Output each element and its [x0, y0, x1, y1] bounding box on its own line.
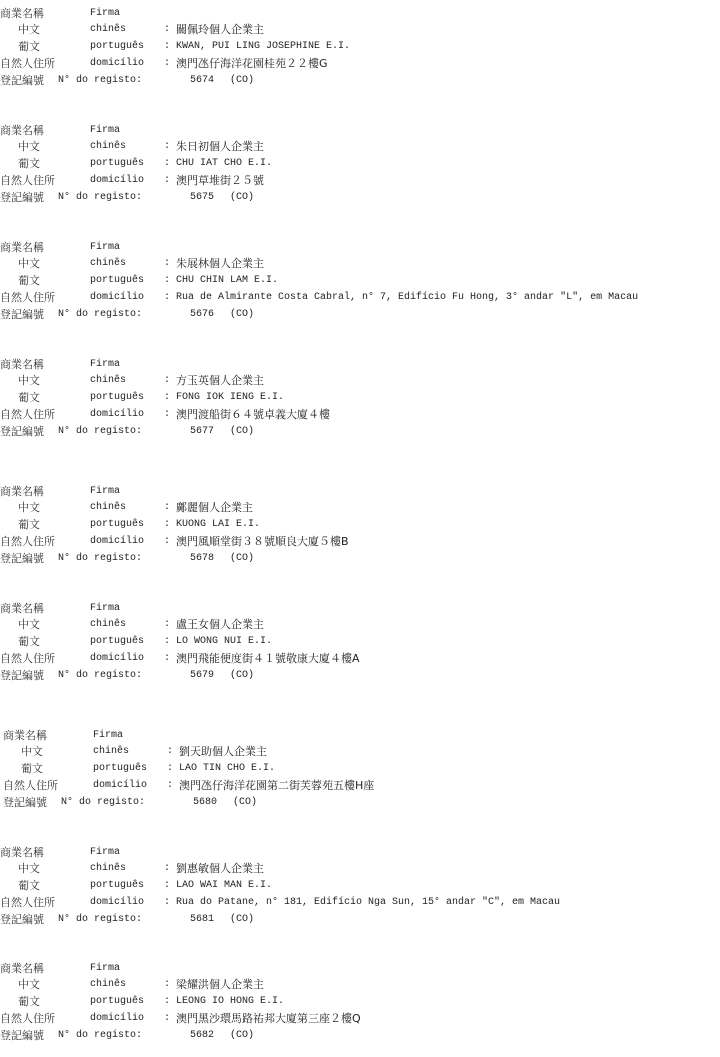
chinese-label-pt: chinês [90, 500, 126, 516]
registry-label-zh: 登記編號 [0, 668, 44, 684]
domicile-value: 澳門飛能便度街４１號敬康大廈４樓A [176, 651, 360, 667]
colon: : [164, 878, 170, 894]
chinese-label-zh: 中文 [18, 861, 40, 877]
registry-suffix: (CO) [233, 795, 257, 811]
portuguese-name-value: LO WONG NUI E.I. [176, 634, 272, 650]
firm-label-zh: 商業名稱 [0, 961, 44, 977]
firm-label-zh: 商業名稱 [0, 6, 44, 22]
firm-label-zh: 商業名稱 [0, 240, 44, 256]
registry-number: 5678 [190, 551, 214, 567]
colon: : [164, 651, 170, 667]
registry-number: 5675 [190, 190, 214, 206]
registry-label-zh: 登記編號 [0, 307, 44, 323]
firm-label-zh: 商業名稱 [0, 357, 44, 373]
domicile-value: 澳門草堆街２５號 [176, 173, 264, 189]
portuguese-name-value: LAO TIN CHO E.I. [179, 761, 275, 777]
chinese-name-value: 朱日初個人企業主 [176, 139, 264, 155]
registry-suffix: (CO) [230, 668, 254, 684]
portuguese-name-value: CHU CHIN LAM E.I. [176, 273, 278, 289]
chinese-label-pt: chinês [90, 861, 126, 877]
colon: : [164, 139, 170, 155]
registry-label-pt: N° do registo: [58, 1028, 142, 1044]
portuguese-label-pt: português [90, 994, 144, 1010]
chinese-label-zh: 中文 [18, 22, 40, 38]
portuguese-label-pt: português [90, 390, 144, 406]
portuguese-label-pt: português [90, 517, 144, 533]
portuguese-name-value: FONG IOK IENG E.I. [176, 390, 284, 406]
portuguese-name-value: LAO WAI MAN E.I. [176, 878, 272, 894]
firm-label-pt: Firma [90, 961, 120, 977]
domicile-label-pt: domicílio [90, 895, 144, 911]
chinese-label-zh: 中文 [18, 256, 40, 272]
domicile-label-pt: domicílio [90, 651, 144, 667]
chinese-label-zh: 中文 [18, 373, 40, 389]
domicile-label-zh: 自然人住所 [0, 290, 55, 306]
portuguese-label-zh: 葡文 [21, 761, 43, 777]
domicile-label-pt: domicílio [90, 173, 144, 189]
firm-label-pt: Firma [90, 240, 120, 256]
portuguese-label-zh: 葡文 [18, 878, 40, 894]
registry-label-pt: N° do registo: [58, 73, 142, 89]
firm-label-zh: 商業名稱 [3, 728, 47, 744]
registry-number: 5674 [190, 73, 214, 89]
registry-suffix: (CO) [230, 551, 254, 567]
colon: : [164, 173, 170, 189]
domicile-label-zh: 自然人住所 [0, 534, 55, 550]
portuguese-label-pt: português [90, 39, 144, 55]
firm-label-zh: 商業名稱 [0, 484, 44, 500]
colon: : [164, 39, 170, 55]
colon: : [164, 273, 170, 289]
domicile-value: 澳門氹仔海洋花園第二街芙蓉苑五樓H座 [179, 778, 374, 794]
registry-label-pt: N° do registo: [58, 668, 142, 684]
colon: : [164, 534, 170, 550]
firm-label-pt: Firma [90, 123, 120, 139]
chinese-label-pt: chinês [93, 744, 129, 760]
registry-label-zh: 登記編號 [0, 912, 44, 928]
registry-number: 5680 [193, 795, 217, 811]
chinese-name-value: 方玉英個人企業主 [176, 373, 264, 389]
domicile-label-pt: domicílio [93, 778, 147, 794]
registry-label-pt: N° do registo: [61, 795, 145, 811]
colon: : [164, 156, 170, 172]
colon: : [164, 617, 170, 633]
domicile-value: 澳門風順堂街３８號順良大廈５樓B [176, 534, 349, 550]
registry-label-zh: 登記編號 [0, 551, 44, 567]
chinese-name-value: 劉天助個人企業主 [179, 744, 267, 760]
portuguese-label-pt: português [90, 634, 144, 650]
domicile-label-zh: 自然人住所 [0, 407, 55, 423]
registry-suffix: (CO) [230, 307, 254, 323]
domicile-label-pt: domicílio [90, 407, 144, 423]
colon: : [164, 861, 170, 877]
colon: : [164, 977, 170, 993]
chinese-name-value: 朱展林個人企業主 [176, 256, 264, 272]
registry-label-pt: N° do registo: [58, 190, 142, 206]
registry-number: 5676 [190, 307, 214, 323]
firm-label-zh: 商業名稱 [0, 123, 44, 139]
colon: : [164, 895, 170, 911]
registry-label-zh: 登記編號 [0, 190, 44, 206]
domicile-label-zh: 自然人住所 [0, 173, 55, 189]
domicile-label-pt: domicílio [90, 290, 144, 306]
firm-label-pt: Firma [90, 357, 120, 373]
domicile-value: Rua de Almirante Costa Cabral, n° 7, Edi… [176, 290, 638, 306]
registry-number: 5677 [190, 424, 214, 440]
portuguese-name-value: KWAN, PUI LING JOSEPHINE E.I. [176, 39, 350, 55]
portuguese-label-pt: português [90, 273, 144, 289]
registry-suffix: (CO) [230, 424, 254, 440]
chinese-label-pt: chinês [90, 139, 126, 155]
domicile-value: Rua do Patane, n° 181, Edifício Nga Sun,… [176, 895, 560, 911]
registry-label-zh: 登記編號 [0, 73, 44, 89]
colon: : [164, 517, 170, 533]
colon: : [164, 994, 170, 1010]
registry-label-pt: N° do registo: [58, 424, 142, 440]
chinese-label-zh: 中文 [18, 139, 40, 155]
colon: : [164, 256, 170, 272]
domicile-value: 澳門黑沙環馬路祐邦大廈第三座２樓Q [176, 1011, 361, 1027]
registry-label-pt: N° do registo: [58, 912, 142, 928]
portuguese-label-zh: 葡文 [18, 273, 40, 289]
registry-label-zh: 登記編號 [0, 424, 44, 440]
firm-label-pt: Firma [90, 601, 120, 617]
firm-label-pt: Firma [90, 845, 120, 861]
colon: : [164, 1011, 170, 1027]
domicile-label-zh: 自然人住所 [0, 651, 55, 667]
chinese-name-value: 劉惠敏個人企業主 [176, 861, 264, 877]
chinese-label-zh: 中文 [18, 617, 40, 633]
portuguese-name-value: LEONG IO HONG E.I. [176, 994, 284, 1010]
domicile-label-pt: domicílio [90, 1011, 144, 1027]
registry-suffix: (CO) [230, 912, 254, 928]
registry-label-zh: 登記編號 [0, 1028, 44, 1044]
firm-label-zh: 商業名稱 [0, 601, 44, 617]
colon: : [164, 500, 170, 516]
firm-label-pt: Firma [90, 6, 120, 22]
colon: : [167, 744, 173, 760]
chinese-name-value: 鄺麗個人企業主 [176, 500, 253, 516]
portuguese-name-value: CHU IAT CHO E.I. [176, 156, 272, 172]
chinese-label-zh: 中文 [21, 744, 43, 760]
registry-suffix: (CO) [230, 1028, 254, 1044]
firm-label-pt: Firma [90, 484, 120, 500]
domicile-label-pt: domicílio [90, 56, 144, 72]
chinese-name-value: 盧王女個人企業主 [176, 617, 264, 633]
chinese-label-pt: chinês [90, 977, 126, 993]
chinese-name-value: 梁耀洪個人企業主 [176, 977, 264, 993]
colon: : [167, 778, 173, 794]
portuguese-label-zh: 葡文 [18, 517, 40, 533]
portuguese-label-zh: 葡文 [18, 156, 40, 172]
chinese-label-pt: chinês [90, 256, 126, 272]
domicile-label-zh: 自然人住所 [0, 56, 55, 72]
portuguese-label-zh: 葡文 [18, 390, 40, 406]
firm-label-zh: 商業名稱 [0, 845, 44, 861]
domicile-label-pt: domicílio [90, 534, 144, 550]
colon: : [164, 407, 170, 423]
registry-number: 5679 [190, 668, 214, 684]
domicile-label-zh: 自然人住所 [0, 895, 55, 911]
registry-suffix: (CO) [230, 190, 254, 206]
domicile-label-zh: 自然人住所 [0, 1011, 55, 1027]
chinese-label-pt: chinês [90, 617, 126, 633]
registry-number: 5682 [190, 1028, 214, 1044]
colon: : [164, 22, 170, 38]
chinese-label-zh: 中文 [18, 977, 40, 993]
portuguese-label-zh: 葡文 [18, 994, 40, 1010]
chinese-label-pt: chinês [90, 22, 126, 38]
domicile-value: 澳門氹仔海洋花園桂苑２２樓G [176, 56, 328, 72]
colon: : [164, 56, 170, 72]
portuguese-label-pt: português [90, 878, 144, 894]
chinese-label-zh: 中文 [18, 500, 40, 516]
colon: : [164, 634, 170, 650]
chinese-label-pt: chinês [90, 373, 126, 389]
domicile-value: 澳門渡船街６４號卓義大廈４樓 [176, 407, 330, 423]
colon: : [164, 390, 170, 406]
registry-number: 5681 [190, 912, 214, 928]
chinese-name-value: 關佩玲個人企業主 [176, 22, 264, 38]
firm-label-pt: Firma [93, 728, 123, 744]
registry-label-pt: N° do registo: [58, 551, 142, 567]
registry-label-zh: 登記編號 [3, 795, 47, 811]
portuguese-label-zh: 葡文 [18, 634, 40, 650]
registry-suffix: (CO) [230, 73, 254, 89]
domicile-label-zh: 自然人住所 [3, 778, 58, 794]
colon: : [164, 373, 170, 389]
portuguese-label-zh: 葡文 [18, 39, 40, 55]
portuguese-label-pt: português [90, 156, 144, 172]
portuguese-label-pt: português [93, 761, 147, 777]
registry-label-pt: N° do registo: [58, 307, 142, 323]
portuguese-name-value: KUONG LAI E.I. [176, 517, 260, 533]
colon: : [167, 761, 173, 777]
colon: : [164, 290, 170, 306]
